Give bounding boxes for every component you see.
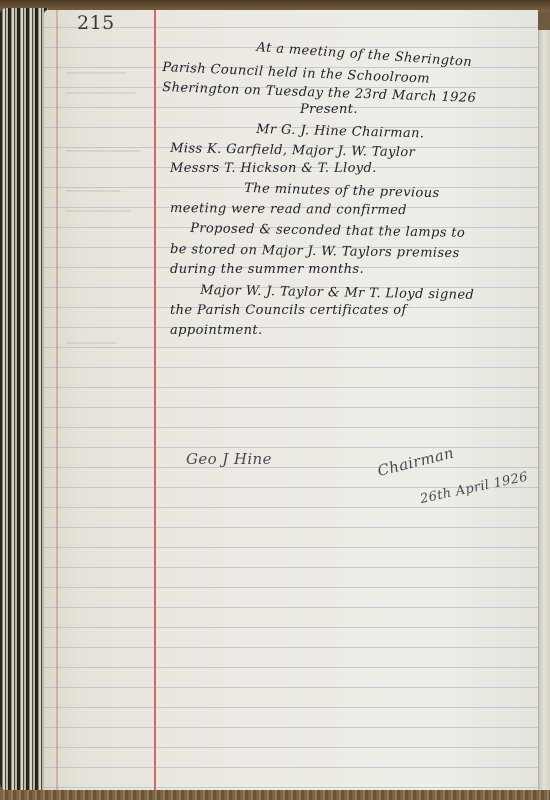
body-line-5: during the summer months. — [170, 262, 364, 277]
bleed-through-mark — [66, 210, 131, 212]
bleed-through-mark — [66, 150, 141, 152]
ledger-page: 215 At a meeting of the Sherington Paris… — [44, 10, 538, 792]
body-line-7: the Parish Councils certificates of — [170, 303, 407, 318]
body-line-2: meeting were read and confirmed — [170, 201, 407, 218]
body-line-8: appointment. — [170, 323, 263, 338]
red-margin-line — [154, 10, 156, 792]
bleed-through-mark — [66, 92, 136, 94]
book-page-edges — [0, 8, 48, 792]
page-number: 215 — [77, 12, 115, 34]
signature-name: Geo J Hine — [186, 450, 272, 468]
bleed-through-mark — [66, 190, 121, 192]
present-label: Present. — [300, 102, 358, 117]
next-page-edge — [538, 30, 550, 792]
left-margin-line — [56, 10, 58, 792]
bleed-through-mark — [66, 342, 116, 344]
desk-surface-bottom — [0, 790, 550, 800]
attendee-line-3: Messrs T. Hickson & T. Lloyd. — [170, 161, 377, 176]
bleed-through-mark — [66, 72, 126, 74]
